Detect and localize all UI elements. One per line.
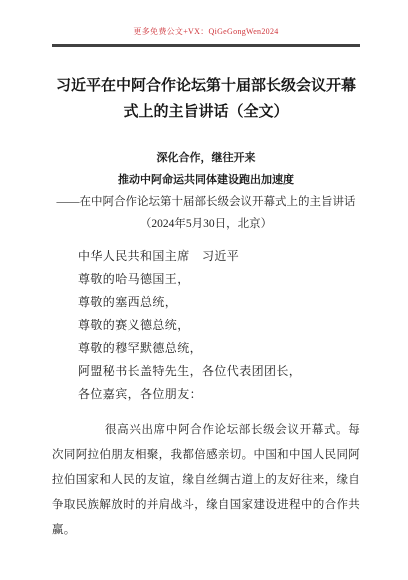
speech-byline: ——在中阿合作论坛第十届部长级会议开幕式上的主旨讲话 [52,191,360,213]
salutation-line: 尊敬的赛义德总统， [52,314,360,337]
doc-title: 习近平在中阿合作论坛第十届部长级会议开幕 式上的主旨讲话（全文） [52,73,360,125]
subtitle-line-1: 深化合作，继往开来 [52,147,360,169]
salutation-line: 各位嘉宾，各位朋友： [52,383,360,406]
speech-subtitle: 深化合作，继往开来 推动中阿命运共同体建设跑出加速度 [52,147,360,191]
salutation-line: 尊敬的塞西总统， [52,291,360,314]
doc-title-line-2: 式上的主旨讲话（全文） [52,99,360,125]
body-paragraph: 很高兴出席中阿合作论坛部长级会议开幕式。每次同阿拉伯朋友相聚，我都倍感亲切。中国… [52,418,360,543]
header-rule [52,44,360,47]
watermark-text: 更多免费公文+VX：QiGeGongWen2024 [52,27,360,37]
doc-title-line-1: 习近平在中阿合作论坛第十届部长级会议开幕 [52,73,360,99]
speech-dateline: （2024年5月30日，北京） [52,213,360,235]
speech-opening: 中华人民共和国主席 习近平 尊敬的哈马德国王， 尊敬的塞西总统， 尊敬的赛义德总… [52,245,360,406]
salutation-line: 尊敬的哈马德国王， [52,268,360,291]
salutation-line: 尊敬的穆罕默德总统， [52,337,360,360]
subtitle-line-2: 推动中阿命运共同体建设跑出加速度 [52,169,360,191]
document-page: 更多免费公文+VX：QiGeGongWen2024 习近平在中阿合作论坛第十届部… [0,0,408,580]
speaker-line: 中华人民共和国主席 习近平 [52,245,360,268]
salutation-line: 阿盟秘书长盖特先生，各位代表团团长， [52,360,360,383]
